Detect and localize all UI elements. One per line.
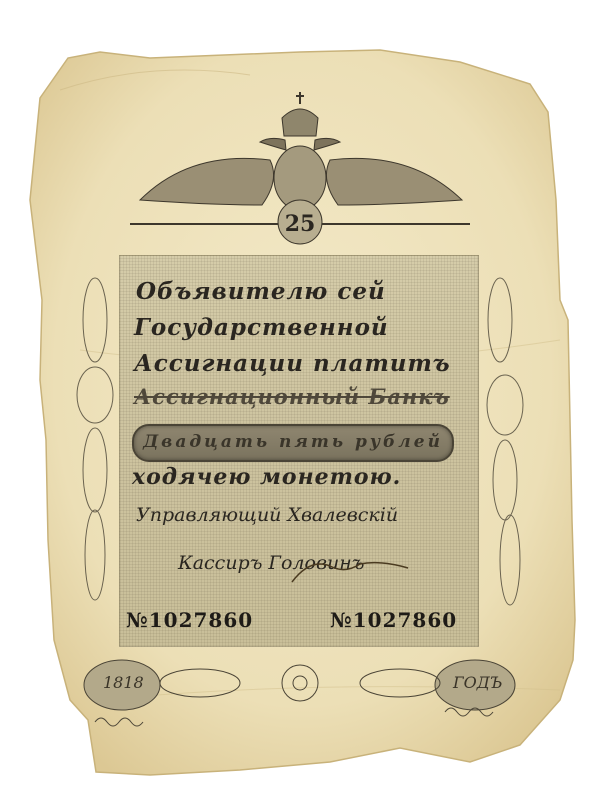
svg-text:25: 25 [285,211,316,237]
year-oval-left: 1818 [103,673,144,692]
ink-signature-stroke [290,556,410,584]
serial-number-right: №1027860 [330,608,457,632]
year-oval-right: ГОДЪ [453,673,502,692]
manager-signature: Управляющий Хвалевскій [136,504,398,526]
text-line-4-struck: Ассигнационный Банкъ [134,384,492,409]
text-line-2: Государственной [134,314,492,341]
text-line-3: Ассигнации платитъ [134,350,492,377]
text-panel: Объявителю сей Государственной Ассигнаци… [119,255,479,647]
text-line-1: Объявителю сей [136,278,494,305]
amount-pill: Двадцать пять рублей [132,424,454,462]
currency-line: ходячею монетою. [132,464,490,490]
serial-number-left: №1027860 [126,608,253,632]
amount-text: Двадцать пять рублей [134,432,452,452]
